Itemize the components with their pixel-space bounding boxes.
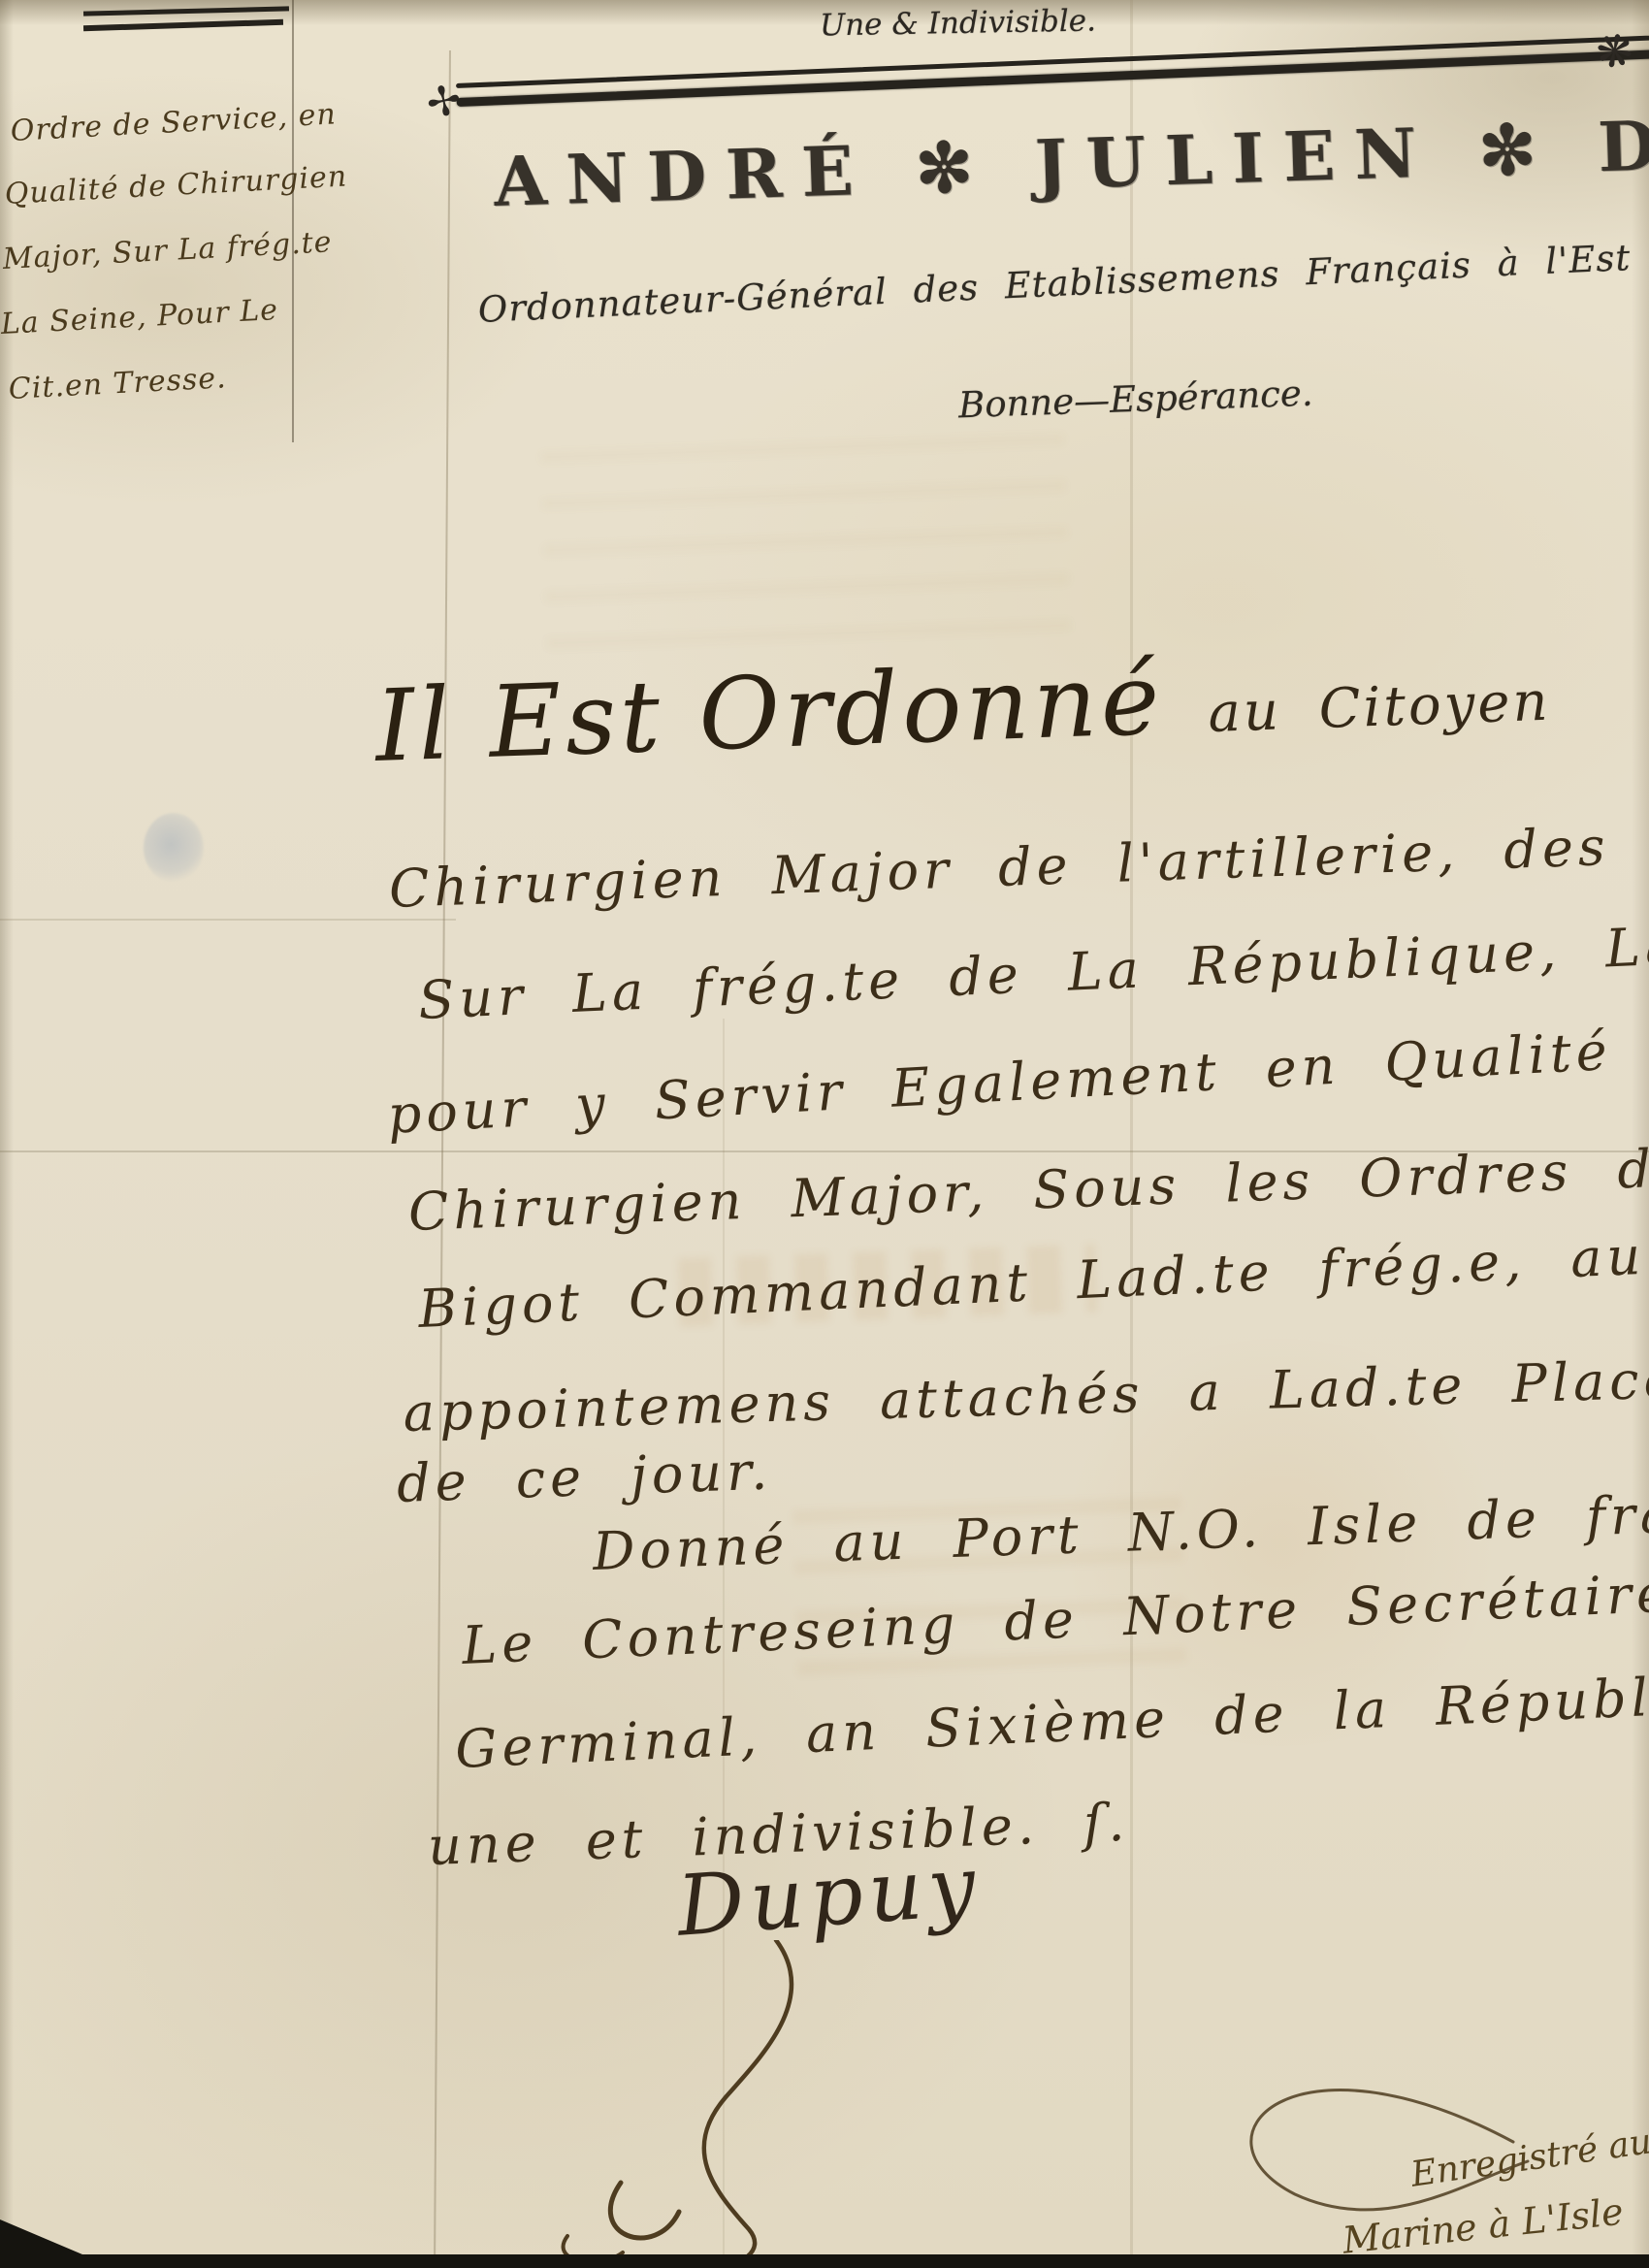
scan-bottom-edge (0, 2254, 1649, 2268)
vertical-fold-crease (434, 50, 451, 2268)
opening-large-text: Il Est Ordonné (373, 642, 1165, 785)
letterhead-name: ANDRÉ ✼ JULIEN ✼ DUPUI (493, 99, 1649, 222)
horizontal-fold-crease (0, 919, 456, 921)
margin-note-line: La Seine, Pour Le (0, 293, 279, 341)
rule-thick (457, 44, 1649, 107)
body-line: Germinal, an Sixième de la Républiqu (454, 1663, 1649, 1780)
body-opening-line: Il Est Ordonné au Citoyen (373, 629, 1552, 785)
body-line: Bigot Commandant Lad.te frég.e, au (417, 1225, 1646, 1340)
right-edge-shade (1632, 0, 1649, 2268)
margin-note-line: Ordre de Service, en (10, 97, 338, 148)
body-line: Chirurgien Major de l'artillerie, des S (388, 813, 1649, 920)
signature: Dupuy (674, 1837, 985, 1956)
letterhead-role: Ordonnateur-Général des Etablissemens Fr… (477, 234, 1649, 331)
vertical-fold-crease (1130, 0, 1133, 2268)
double-rule (456, 29, 1649, 107)
margin-note-line: Major, Sur La frég.te (2, 225, 333, 276)
ink-bleedthrough (539, 408, 1071, 650)
manuscript-page: Une & Indivisible. ✢ ❋ ANDRÉ ✼ JULIEN ✼ … (0, 0, 1649, 2268)
letterhead-place: Bonne—Espérance. (957, 373, 1313, 427)
opening-small-text: au Citoyen (1207, 670, 1551, 745)
margin-rule-line (292, 0, 294, 442)
body-line: pour y Servir Egalement en Qualité d (386, 1016, 1649, 1146)
body-line: Sur La frég.te de La République, La Se (417, 910, 1649, 1031)
body-line: de ce jour. (396, 1440, 773, 1513)
margin-note-line: Qualité de Chirurgien (4, 159, 348, 211)
margin-note-line: Cit.en Tresse. (8, 361, 227, 406)
printed-motto: Une & Indivisible. (820, 4, 1097, 44)
ink-smudge (144, 813, 204, 883)
